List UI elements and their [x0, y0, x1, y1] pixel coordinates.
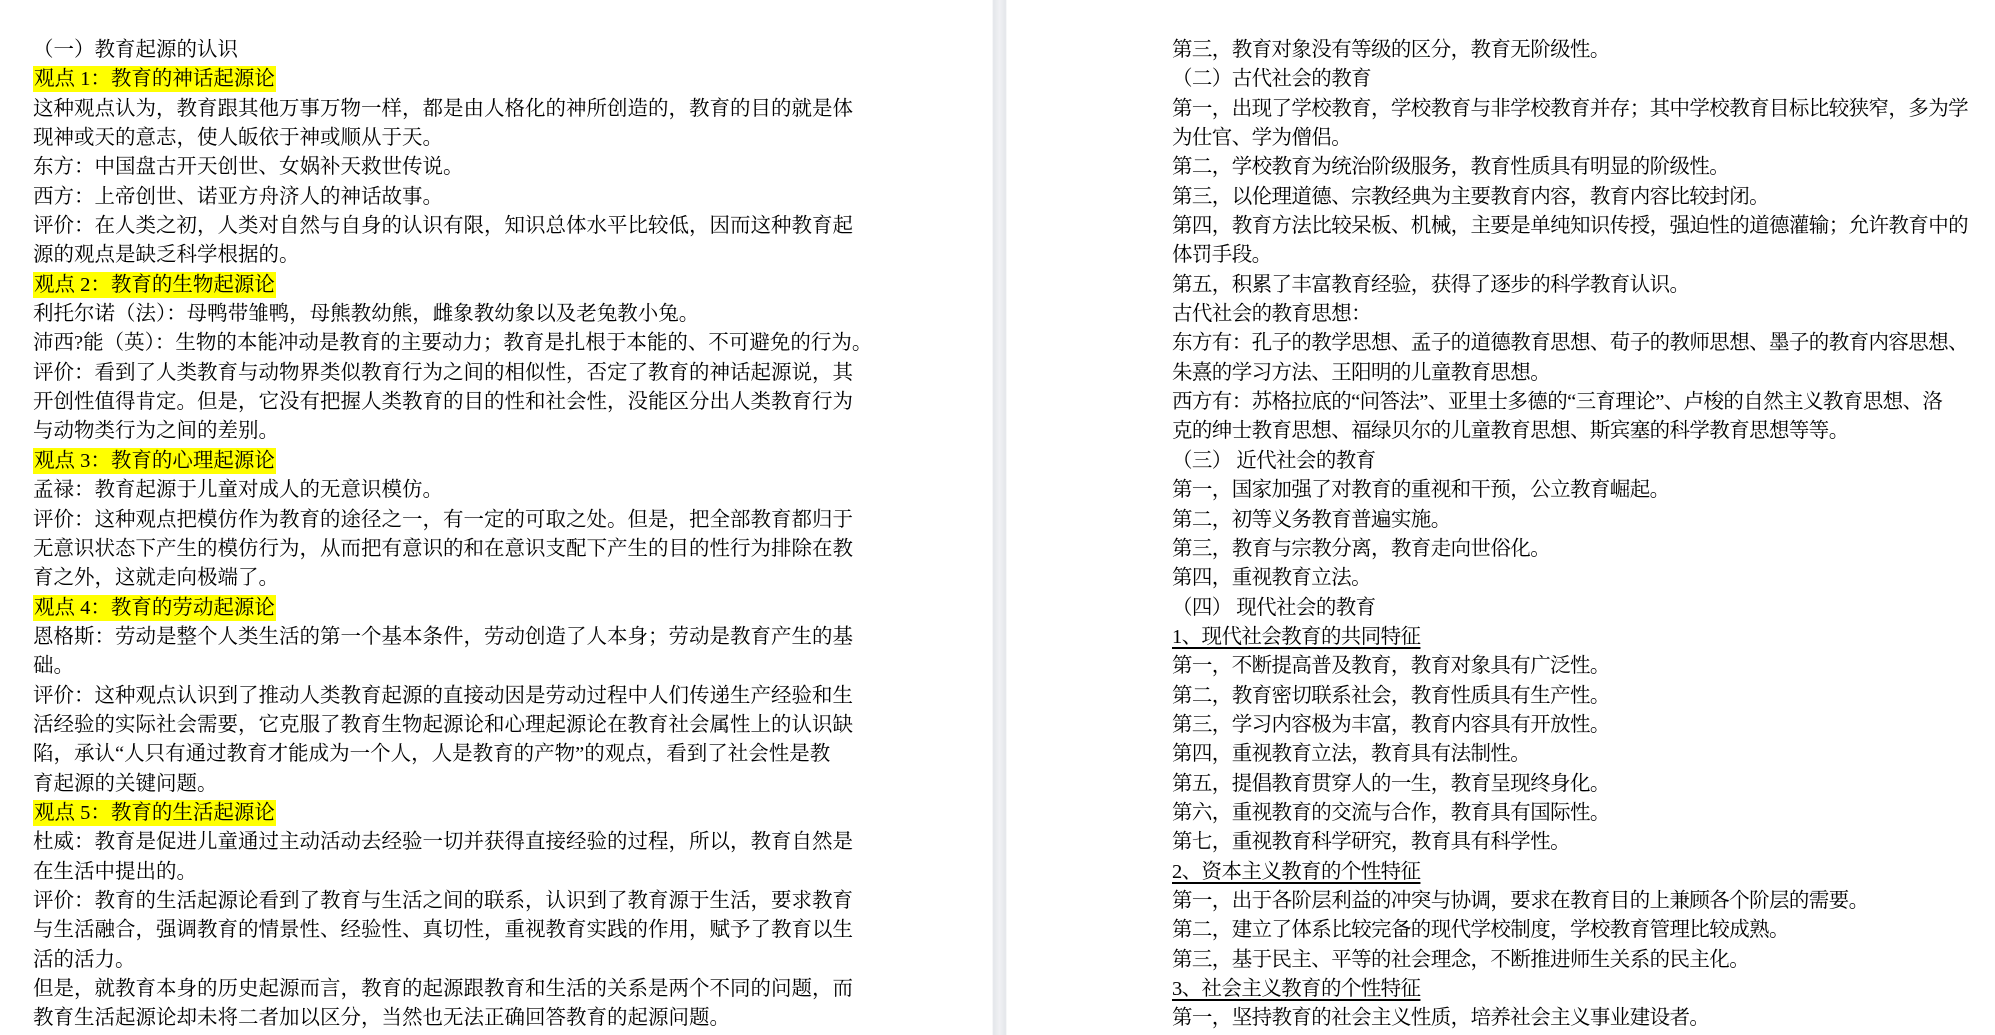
text-line-content: 第六，重视教育的交流与合作，教育具有国际性。 — [1172, 802, 1610, 824]
text-line-content: 东方：中国盘古开天创世、女娲补天救世传说。 — [33, 156, 464, 178]
text-line-content: 第二，教育密切联系社会，教育性质具有生产性。 — [1172, 685, 1610, 707]
page-gutter-divider — [992, 0, 1007, 1035]
text-line-content: 育之外，这就走向极端了。 — [33, 567, 279, 589]
text-line: 恩格斯：劳动是整个人类生活的第一个基本条件，劳动创造了人本身；劳动是教育产生的基 — [33, 623, 858, 652]
text-line-content: 第一，出现了学校教育，学校教育与非学校教育并存；其中学校教育目标比较狭窄，多为学 — [1172, 98, 1968, 120]
page-right-text: 第三，教育对象没有等级的区分，教育无阶级性。（二）古代社会的教育第一，出现了学校… — [1172, 36, 1972, 1034]
text-line-content: 利托尔诺（法）：母鸭带雏鸭，母熊教幼熊，雌象教幼象以及老兔教小兔。 — [33, 303, 699, 325]
text-line-content: 第二，初等义务教育普遍实施。 — [1172, 509, 1451, 531]
text-line: 第六，重视教育的交流与合作，教育具有国际性。 — [1172, 799, 1972, 828]
text-line-content: 开创性值得肯定。但是，它没有把握人类教育的目的性和社会性，没能区分出人类教育行为 — [33, 391, 853, 413]
text-line-content: 沛西?能（英）：生物的本能冲动是教育的主要动力；教育是扎根于本能的、不可避免的行… — [33, 332, 872, 354]
text-line: 朱熹的学习方法、王阳明的儿童教育思想。 — [1172, 359, 1972, 388]
text-line-content: 恩格斯：劳动是整个人类生活的第一个基本条件，劳动创造了人本身；劳动是教育产生的基 — [33, 626, 853, 648]
text-line: 观点 4：教育的劳动起源论 — [33, 594, 858, 623]
text-line-content: 第三，基于民主、平等的社会理念，不断推进师生关系的民主化。 — [1172, 949, 1749, 971]
document-viewer: （一）教育起源的认识观点 1：教育的神话起源论这种观点认为，教育跟其他万事万物一… — [0, 0, 1995, 1035]
text-line-content: 古代社会的教育思想： — [1172, 303, 1371, 325]
text-line: （四） 现代社会的教育 — [1172, 594, 1972, 623]
text-line: 第七，重视教育科学研究，教育具有科学性。 — [1172, 828, 1972, 857]
text-line-content: 为仕官、学为僧侣。 — [1172, 127, 1351, 149]
text-line: 古代社会的教育思想： — [1172, 300, 1972, 329]
text-line: 现神或天的意志，使人皈依于神或顺从于天。 — [33, 124, 858, 153]
text-line-content: 现神或天的意志，使人皈依于神或顺从于天。 — [33, 127, 443, 149]
text-line-content: 1、现代社会教育的共同特征 — [1172, 626, 1420, 648]
text-line: 第二，建立了体系比较完备的现代学校制度，学校教育管理比较成熟。 — [1172, 916, 1972, 945]
text-line: （二）古代社会的教育 — [1172, 65, 1972, 94]
text-line: 第二，初等义务教育普遍实施。 — [1172, 506, 1972, 535]
text-line: 西方：上帝创世、诺亚方舟济人的神话故事。 — [33, 183, 858, 212]
text-line: 第一，不断提高普及教育，教育对象具有广泛性。 — [1172, 652, 1972, 681]
text-line: 3、社会主义教育的个性特征 — [1172, 975, 1972, 1004]
text-line: 利托尔诺（法）：母鸭带雏鸭，母熊教幼熊，雌象教幼象以及老兔教小兔。 — [33, 300, 858, 329]
text-line: 东方有：孔子的教学思想、孟子的道德教育思想、荀子的教师思想、墨子的教育内容思想、 — [1172, 329, 1972, 358]
text-line-content: 2、资本主义教育的个性特征 — [1172, 861, 1420, 883]
text-line-content: 第五，积累了丰富教育经验，获得了逐步的科学教育认识。 — [1172, 274, 1689, 296]
text-line: 1、现代社会教育的共同特征 — [1172, 623, 1972, 652]
text-line: 教育生活起源论却未将二者加以区分，当然也无法正确回答教育的起源问题。 — [33, 1004, 858, 1033]
text-line: （一）教育起源的认识 — [33, 36, 858, 65]
text-line: 第一，坚持教育的社会主义性质，培养社会主义事业建设者。 — [1172, 1004, 1972, 1033]
text-line-content: 育起源的关键问题。 — [33, 773, 218, 795]
text-line-content: 东方有：孔子的教学思想、孟子的道德教育思想、荀子的教师思想、墨子的教育内容思想、 — [1172, 332, 1968, 354]
text-line: （三） 近代社会的教育 — [1172, 447, 1972, 476]
text-line-content: 第四，教育方法比较呆板、机械，主要是单纯知识传授，强迫性的道德灌输；允许教育中的 — [1172, 215, 1968, 237]
text-line: 观点 1：教育的神话起源论 — [33, 65, 858, 94]
text-line-content: 观点 3：教育的心理起源论 — [33, 448, 276, 474]
text-line-content: 活的活力。 — [33, 949, 136, 971]
text-line: 第三，以伦理道德、宗教经典为主要教育内容，教育内容比较封闭。 — [1172, 183, 1972, 212]
text-line-content: 在生活中提出的。 — [33, 861, 197, 883]
text-line: 活经验的实际社会需要，它克服了教育生物起源论和心理起源论在教育社会属性上的认识缺 — [33, 711, 858, 740]
text-line: 孟禄：教育起源于儿童对成人的无意识模仿。 — [33, 476, 858, 505]
text-line: 体罚手段。 — [1172, 241, 1972, 270]
text-line-content: 与动物类行为之间的差别。 — [33, 420, 279, 442]
text-line: 第二，教育密切联系社会，教育性质具有生产性。 — [1172, 682, 1972, 711]
text-line-content: 第三，以伦理道德、宗教经典为主要教育内容，教育内容比较封闭。 — [1172, 186, 1769, 208]
text-line: 第五，提倡教育贯穿人的一生，教育呈现终身化。 — [1172, 770, 1972, 799]
text-line-content: 第三，学习内容极为丰富，教育内容具有开放性。 — [1172, 714, 1610, 736]
text-line: 评价：这种观点把模仿作为教育的途径之一，有一定的可取之处。但是，把全部教育都归于 — [33, 506, 858, 535]
text-line-content: 但是，就教育本身的历史起源而言，教育的起源跟教育和生活的关系是两个不同的问题，而 — [33, 978, 853, 1000]
text-line-content: 与生活融合，强调教育的情景性、经验性、真切性，重视教育实践的作用，赋予了教育以生 — [33, 919, 853, 941]
text-line: 开创性值得肯定。但是，它没有把握人类教育的目的性和社会性，没能区分出人类教育行为 — [33, 388, 858, 417]
text-line: 无意识状态下产生的模仿行为，从而把有意识的和在意识支配下产生的目的性行为排除在教 — [33, 535, 858, 564]
text-line-content: 观点 2：教育的生物起源论 — [33, 272, 276, 298]
text-line-content: （四） 现代社会的教育 — [1172, 597, 1376, 619]
text-line: 第四，重视教育立法。 — [1172, 564, 1972, 593]
text-line-content: 第七，重视教育科学研究，教育具有科学性。 — [1172, 831, 1570, 853]
text-line-content: 西方有：苏格拉底的“问答法”、亚里士多德的“三育理论”、卢梭的自然主义教育思想、… — [1172, 391, 1942, 413]
text-line: 第一，出现了学校教育，学校教育与非学校教育并存；其中学校教育目标比较狭窄，多为学 — [1172, 95, 1972, 124]
text-line-content: 这种观点认为，教育跟其他万事万物一样，都是由人格化的神所创造的，教育的目的就是体 — [33, 98, 853, 120]
text-line-content: 陷，承认“人只有通过教育才能成为一个人，人是教育的产物”的观点，看到了社会性是教 — [33, 743, 830, 765]
text-line-content: 第四，重视教育立法，教育具有法制性。 — [1172, 743, 1530, 765]
text-line-content: 体罚手段。 — [1172, 244, 1272, 266]
text-line: 第三，教育对象没有等级的区分，教育无阶级性。 — [1172, 36, 1972, 65]
text-line: 观点 3：教育的心理起源论 — [33, 447, 858, 476]
text-line: 2、资本主义教育的个性特征 — [1172, 858, 1972, 887]
text-line: 第四，重视教育立法，教育具有法制性。 — [1172, 740, 1972, 769]
text-line: 与动物类行为之间的差别。 — [33, 417, 858, 446]
text-line-content: 第一，坚持教育的社会主义性质，培养社会主义事业建设者。 — [1172, 1007, 1709, 1029]
text-line: 杜威：教育是促进儿童通过主动活动去经验一切并获得直接经验的过程，所以，教育自然是 — [33, 828, 858, 857]
text-line: 育起源的关键问题。 — [33, 770, 858, 799]
text-line: 西方有：苏格拉底的“问答法”、亚里士多德的“三育理论”、卢梭的自然主义教育思想、… — [1172, 388, 1972, 417]
text-line: 这种观点认为，教育跟其他万事万物一样，都是由人格化的神所创造的，教育的目的就是体 — [33, 95, 858, 124]
text-line-content: 础。 — [33, 655, 74, 677]
text-line: 陷，承认“人只有通过教育才能成为一个人，人是教育的产物”的观点，看到了社会性是教 — [33, 740, 858, 769]
text-line-content: 朱熹的学习方法、王阳明的儿童教育思想。 — [1172, 362, 1550, 384]
text-line: 第四，教育方法比较呆板、机械，主要是单纯知识传授，强迫性的道德灌输；允许教育中的 — [1172, 212, 1972, 241]
text-line-content: （三） 近代社会的教育 — [1172, 450, 1376, 472]
text-line: 为仕官、学为僧侣。 — [1172, 124, 1972, 153]
text-line: 评价：在人类之初，人类对自然与自身的认识有限，知识总体水平比较低，因而这种教育起 — [33, 212, 858, 241]
text-line-content: 评价：看到了人类教育与动物界类似教育行为之间的相似性，否定了教育的神话起源说，其 — [33, 362, 853, 384]
text-line-content: 观点 4：教育的劳动起源论 — [33, 595, 276, 621]
text-line-content: 3、社会主义教育的个性特征 — [1172, 978, 1420, 1000]
text-line: 但是，就教育本身的历史起源而言，教育的起源跟教育和生活的关系是两个不同的问题，而 — [33, 975, 858, 1004]
text-line: 育之外，这就走向极端了。 — [33, 564, 858, 593]
text-line-content: 活经验的实际社会需要，它克服了教育生物起源论和心理起源论在教育社会属性上的认识缺 — [33, 714, 853, 736]
text-line: 活的活力。 — [33, 946, 858, 975]
text-line-content: 评价：在人类之初，人类对自然与自身的认识有限，知识总体水平比较低，因而这种教育起 — [33, 215, 853, 237]
text-line-content: 观点 5：教育的生活起源论 — [33, 800, 276, 826]
text-line-content: 西方：上帝创世、诺亚方舟济人的神话故事。 — [33, 186, 443, 208]
text-line: 源的观点是缺乏科学根据的。 — [33, 241, 858, 270]
text-line-content: 第五，提倡教育贯穿人的一生，教育呈现终身化。 — [1172, 773, 1610, 795]
text-line: 观点 2：教育的生物起源论 — [33, 271, 858, 300]
text-line: 克的绅士教育思想、福绿贝尔的儿童教育思想、斯宾塞的科学教育思想等等。 — [1172, 417, 1972, 446]
text-line: 第一，国家加强了对教育的重视和干预，公立教育崛起。 — [1172, 476, 1972, 505]
text-line: 观点 5：教育的生活起源论 — [33, 799, 858, 828]
text-line: 础。 — [33, 652, 858, 681]
text-line-content: 第三，教育与宗教分离，教育走向世俗化。 — [1172, 538, 1550, 560]
text-line-content: 观点 1：教育的神话起源论 — [33, 66, 276, 92]
text-line-content: 克的绅士教育思想、福绿贝尔的儿童教育思想、斯宾塞的科学教育思想等等。 — [1172, 420, 1849, 442]
text-line-content: （一）教育起源的认识 — [33, 39, 238, 61]
text-line: 沛西?能（英）：生物的本能冲动是教育的主要动力；教育是扎根于本能的、不可避免的行… — [33, 329, 858, 358]
text-line-content: 第二，学校教育为统治阶级服务，教育性质具有明显的阶级性。 — [1172, 156, 1729, 178]
text-line-content: 评价：这种观点认识到了推动人类教育起源的直接动因是劳动过程中人们传递生产经验和生 — [33, 685, 853, 707]
text-line: 第二，学校教育为统治阶级服务，教育性质具有明显的阶级性。 — [1172, 153, 1972, 182]
text-line-content: 第一，出于各阶层利益的冲突与协调，要求在教育目的上兼顾各个阶层的需要。 — [1172, 890, 1869, 912]
text-line-content: 第一，不断提高普及教育，教育对象具有广泛性。 — [1172, 655, 1610, 677]
text-line: 评价：看到了人类教育与动物界类似教育行为之间的相似性，否定了教育的神话起源说，其 — [33, 359, 858, 388]
text-line-content: 教育生活起源论却未将二者加以区分，当然也无法正确回答教育的起源问题。 — [33, 1007, 730, 1029]
text-line: 第三，学习内容极为丰富，教育内容具有开放性。 — [1172, 711, 1972, 740]
text-line: 第五，积累了丰富教育经验，获得了逐步的科学教育认识。 — [1172, 271, 1972, 300]
text-line: 在生活中提出的。 — [33, 858, 858, 887]
text-line-content: 第四，重视教育立法。 — [1172, 567, 1371, 589]
text-line: 评价：这种观点认识到了推动人类教育起源的直接动因是劳动过程中人们传递生产经验和生 — [33, 682, 858, 711]
text-line: 第一，出于各阶层利益的冲突与协调，要求在教育目的上兼顾各个阶层的需要。 — [1172, 887, 1972, 916]
text-line-content: 第一，国家加强了对教育的重视和干预，公立教育崛起。 — [1172, 479, 1670, 501]
text-line-content: 无意识状态下产生的模仿行为，从而把有意识的和在意识支配下产生的目的性行为排除在教 — [33, 538, 853, 560]
text-line-content: 评价：这种观点把模仿作为教育的途径之一，有一定的可取之处。但是，把全部教育都归于 — [33, 509, 853, 531]
text-line-content: 孟禄：教育起源于儿童对成人的无意识模仿。 — [33, 479, 443, 501]
text-line: 第三，基于民主、平等的社会理念，不断推进师生关系的民主化。 — [1172, 946, 1972, 975]
text-line: 东方：中国盘古开天创世、女娲补天救世传说。 — [33, 153, 858, 182]
text-line-content: （二）古代社会的教育 — [1172, 68, 1371, 90]
text-line-content: 第三，教育对象没有等级的区分，教育无阶级性。 — [1172, 39, 1610, 61]
page-left-text: （一）教育起源的认识观点 1：教育的神话起源论这种观点认为，教育跟其他万事万物一… — [33, 36, 858, 1034]
text-line: 评价：教育的生活起源论看到了教育与生活之间的联系，认识到了教育源于生活，要求教育 — [33, 887, 858, 916]
text-line: 第三，教育与宗教分离，教育走向世俗化。 — [1172, 535, 1972, 564]
text-line-content: 源的观点是缺乏科学根据的。 — [33, 244, 300, 266]
text-line-content: 评价：教育的生活起源论看到了教育与生活之间的联系，认识到了教育源于生活，要求教育 — [33, 890, 853, 912]
text-line-content: 杜威：教育是促进儿童通过主动活动去经验一切并获得直接经验的过程，所以，教育自然是 — [33, 831, 853, 853]
text-line: 与生活融合，强调教育的情景性、经验性、真切性，重视教育实践的作用，赋予了教育以生 — [33, 916, 858, 945]
text-line-content: 第二，建立了体系比较完备的现代学校制度，学校教育管理比较成熟。 — [1172, 919, 1789, 941]
